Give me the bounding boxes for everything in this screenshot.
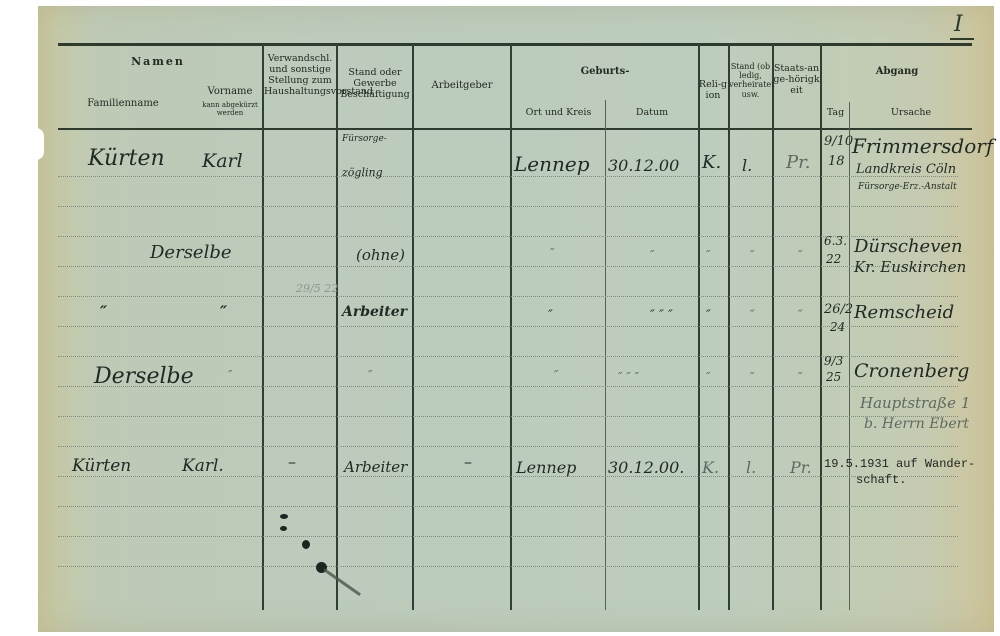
row1-tag-line2: 18 [828, 154, 845, 169]
row1-familienstand: l. [742, 156, 752, 175]
row1-stand-line2: zögling [342, 166, 383, 179]
writing-line [58, 446, 958, 447]
row5-familienname: Kürten [72, 456, 131, 476]
row5-typed-line2: schaft. [856, 472, 906, 488]
row2-vorname: Derselbe [150, 242, 232, 263]
row5-vorname: Karl. [182, 456, 224, 476]
row4-datum: ″ ″ ″ [618, 370, 639, 384]
row5-staat: Pr. [790, 458, 812, 477]
row3-familienname: ″ [100, 302, 107, 321]
row1-datum: 30.12.00 [608, 156, 679, 175]
row4-familienstand: ″ [750, 370, 754, 384]
row5-verwandtschaft: – [288, 452, 296, 471]
row3-stand: Arbeiter [342, 304, 407, 320]
row3-tag-line2: 24 [830, 320, 845, 334]
row3-pencil-note: 29/5 22 [296, 282, 338, 295]
row5-ort: Lennep [516, 458, 576, 477]
sheet-number-underline [950, 38, 974, 40]
row1-staat: Pr. [786, 152, 810, 173]
row4-ursache-line3: b. Herrn Ebert [864, 416, 969, 432]
row2-ursache-line2: Kr. Euskirchen [854, 258, 966, 276]
header-religion: Reli-gion [698, 80, 728, 102]
col-divider [336, 44, 338, 610]
sheet-number: I [954, 12, 963, 37]
writing-line [58, 296, 958, 297]
ink-blot [280, 526, 287, 531]
row3-tag-line1: 26/2 [824, 302, 853, 317]
header-ursache: Ursache [850, 108, 972, 119]
row2-ursache-line1: Dürscheven [854, 236, 963, 257]
ink-blot [280, 514, 288, 519]
header-geburts: Geburts- [512, 66, 698, 78]
writing-line [58, 506, 958, 507]
writing-line [58, 326, 958, 327]
header-staatsangehoerigkeit: Staats-ange-hörigkeit [773, 64, 820, 97]
writing-line [58, 476, 958, 477]
ink-blot [302, 540, 310, 549]
row1-ort: Lennep [514, 152, 590, 176]
col-divider [820, 44, 822, 610]
row2-religion: ″ [706, 248, 710, 262]
row1-familienname: Kürten [88, 146, 165, 171]
row1-religion: K. [702, 152, 721, 173]
row3-ursache-line1: Remscheid [854, 302, 954, 323]
page-tear [30, 128, 44, 160]
row4-tag-line2: 25 [826, 370, 841, 384]
row3-staat: ″ [798, 308, 803, 323]
row1-tag-line1: 9/10 [824, 134, 853, 149]
header-stand: Stand oder Gewerbe Beschäftigung [338, 68, 412, 101]
row2-staat: ″ [798, 248, 802, 262]
row2-tag-line2: 22 [826, 252, 841, 266]
row1-ursache-line1: Frimmersdorf [852, 134, 993, 158]
col-divider [262, 44, 264, 610]
row5-religion: K. [702, 458, 719, 477]
writing-line [58, 536, 958, 537]
top-rule [58, 43, 972, 46]
row5-stand: Arbeiter [344, 458, 407, 476]
row2-stand: (ohne) [356, 246, 405, 264]
row4-vorname: ″ [228, 368, 232, 382]
header-familienstand: Stand (ob ledig, verheiratet usw. [729, 62, 772, 99]
row1-vorname: Karl [202, 150, 243, 172]
registration-card: I Namen Familienname Vorname kann abgekü… [38, 6, 994, 632]
row4-ursache-line1: Cronenberg [854, 360, 969, 382]
col-divider [728, 44, 730, 610]
row3-ort: ″ [548, 308, 553, 323]
header-rule [58, 128, 972, 130]
row1-ursache-line2: Landkreis Cöln [856, 162, 956, 177]
col-divider [698, 44, 700, 610]
row5-typed-line1: 19.5.1931 auf Wander- [824, 456, 975, 472]
row1-stand-line1: Fürsorge- [342, 134, 387, 144]
row3-religion: ″ [706, 308, 711, 323]
row3-vorname: ″ [220, 302, 227, 321]
row1-ursache-line3: Fürsorge-Erz.-Anstalt [858, 182, 957, 192]
writing-line [58, 236, 958, 237]
row5-datum: 30.12.00. [608, 458, 684, 477]
row4-tag-line1: 9/3 [824, 354, 843, 368]
row3-datum: ″ ″ ″ [650, 308, 673, 323]
row5-familienstand: l. [746, 458, 756, 477]
row4-staat: ″ [798, 370, 802, 384]
header-vorname: Vorname [198, 86, 262, 98]
row4-ort: ″ [554, 368, 558, 382]
writing-line [58, 206, 958, 207]
row5-arbeitgeber: – [464, 452, 472, 471]
header-verwandtschaft: Verwandschl. und sonstige Stellung zum H… [264, 54, 336, 98]
header-arbeitgeber: Arbeitgeber [414, 80, 510, 92]
row2-familienstand: ″ [750, 248, 754, 262]
header-ort-kreis: Ort und Kreis [512, 108, 605, 119]
row3-familienstand: ″ [750, 308, 755, 323]
header-abgang: Abgang [822, 66, 972, 78]
row2-ort: ″ [550, 246, 554, 260]
header-datum: Datum [606, 108, 698, 119]
writing-line [58, 416, 958, 417]
header-namen: Namen [118, 56, 198, 69]
header-vorname-note: kann abgekürzt werden [196, 101, 264, 117]
row2-datum: ″ [650, 248, 654, 262]
header-tag: Tag [822, 108, 849, 119]
writing-line [58, 356, 958, 357]
col-divider [412, 44, 414, 610]
row4-ursache-line2: Hauptstraße 1 [860, 394, 970, 412]
col-divider [772, 44, 774, 610]
header-familienname: Familienname [78, 98, 168, 110]
row4-religion: ″ [706, 370, 710, 384]
writing-line [58, 176, 958, 177]
col-divider [510, 44, 512, 610]
ink-smear [323, 568, 361, 596]
row4-familienname: Derselbe [94, 364, 194, 389]
writing-line [58, 566, 958, 567]
row2-tag-line1: 6.3. [824, 234, 847, 248]
row4-stand: ″ [368, 368, 372, 382]
writing-line [58, 266, 958, 267]
